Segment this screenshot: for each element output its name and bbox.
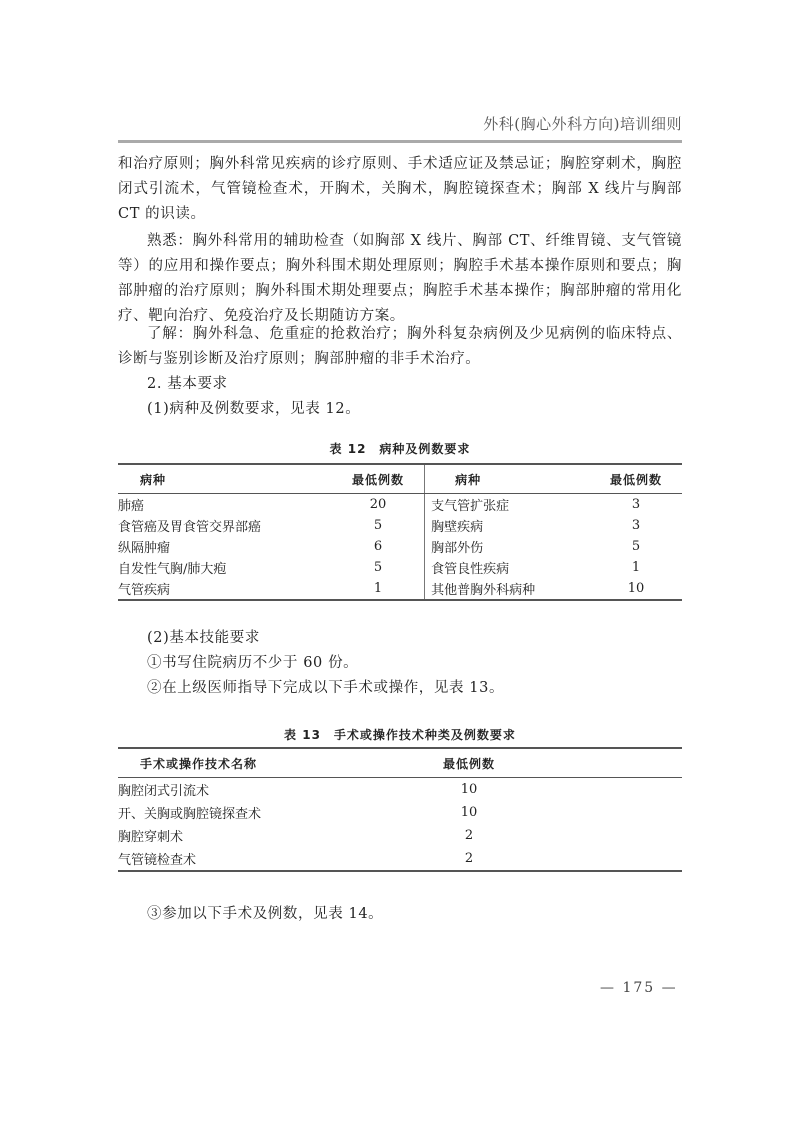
paragraph-medical-records: ①书写住院病历不少于 60 份。 bbox=[118, 651, 682, 676]
page-number: — 175 — bbox=[600, 980, 678, 996]
disease-name: 食管癌及胃食管交界部癌 bbox=[118, 515, 332, 536]
minimum-count: 3 bbox=[590, 515, 682, 536]
minimum-count: 10 bbox=[408, 778, 530, 802]
table12-caption: 表 12 病种及例数要求 bbox=[118, 440, 682, 457]
minimum-count: 1 bbox=[590, 557, 682, 578]
paragraph-disease-requirements: (1)病种及例数要求，见表 12。 bbox=[118, 397, 682, 422]
minimum-count: 5 bbox=[332, 515, 425, 536]
operation-name: 胸腔闭式引流术 bbox=[118, 778, 408, 802]
section-heading-basic-requirements: 2. 基本要求 bbox=[118, 372, 682, 397]
table12-disease-requirements: 病种 最低例数 病种 最低例数 肺癌 20 支气管扩张症 3 食管癌及胃食管交界… bbox=[118, 463, 682, 601]
column-header: 手术或操作技术名称 bbox=[118, 748, 408, 778]
table-row: 食管癌及胃食管交界部癌 5 胸壁疾病 3 bbox=[118, 515, 682, 536]
table-header-row: 手术或操作技术名称 最低例数 bbox=[118, 748, 682, 778]
minimum-count: 2 bbox=[408, 824, 530, 847]
column-header: 最低例数 bbox=[590, 464, 682, 494]
operation-name: 胸腔穿刺术 bbox=[118, 824, 408, 847]
column-header: 最低例数 bbox=[408, 748, 530, 778]
table-row: 胸腔穿刺术 2 bbox=[118, 824, 682, 847]
table-row: 肺癌 20 支气管扩张症 3 bbox=[118, 494, 682, 516]
table-row: 自发性气胸/肺大疱 5 食管良性疾病 1 bbox=[118, 557, 682, 578]
disease-name: 纵隔肿瘤 bbox=[118, 536, 332, 557]
disease-name: 肺癌 bbox=[118, 494, 332, 516]
paragraph-familiar: 熟悉：胸外科常用的辅助检查（如胸部 X 线片、胸部 CT、纤维胃镜、支气管镜等）… bbox=[118, 229, 682, 329]
minimum-count: 10 bbox=[408, 801, 530, 824]
spacer-column bbox=[530, 748, 682, 778]
paragraph-understand: 了解：胸外科急、危重症的抢救治疗；胸外科复杂病例及少见病例的临床特点、诊断与鉴别… bbox=[118, 322, 682, 372]
operation-name: 开、关胸或胸腔镜探查术 bbox=[118, 801, 408, 824]
header-rule bbox=[118, 140, 682, 143]
disease-name: 胸壁疾病 bbox=[425, 515, 590, 536]
disease-name: 食管良性疾病 bbox=[425, 557, 590, 578]
disease-name: 气管疾病 bbox=[118, 578, 332, 600]
disease-name: 其他普胸外科病种 bbox=[425, 578, 590, 600]
minimum-count: 3 bbox=[590, 494, 682, 516]
paragraph-supervised-operations: ②在上级医师指导下完成以下手术或操作，见表 13。 bbox=[118, 676, 682, 701]
table-header-row: 病种 最低例数 病种 最低例数 bbox=[118, 464, 682, 494]
minimum-count: 5 bbox=[332, 557, 425, 578]
table-row: 气管镜检查术 2 bbox=[118, 847, 682, 871]
minimum-count: 6 bbox=[332, 536, 425, 557]
minimum-count: 10 bbox=[590, 578, 682, 600]
minimum-count: 20 bbox=[332, 494, 425, 516]
table-row: 纵隔肿瘤 6 胸部外伤 5 bbox=[118, 536, 682, 557]
minimum-count: 2 bbox=[408, 847, 530, 871]
paragraph-participate-operations: ③参加以下手术及例数，见表 14。 bbox=[118, 902, 682, 927]
table13-caption: 表 13 手术或操作技术种类及例数要求 bbox=[118, 726, 682, 743]
column-header: 病种 bbox=[425, 464, 590, 494]
running-header-title: 外科(胸心外科方向)培训细则 bbox=[483, 113, 682, 134]
table-row: 胸腔闭式引流术 10 bbox=[118, 778, 682, 802]
operation-name: 气管镜检查术 bbox=[118, 847, 408, 871]
minimum-count: 5 bbox=[590, 536, 682, 557]
paragraph-principles: 和治疗原则；胸外科常见疾病的诊疗原则、手术适应证及禁忌证；胸腔穿刺术，胸腔闭式引… bbox=[118, 152, 682, 227]
column-header: 最低例数 bbox=[332, 464, 425, 494]
minimum-count: 1 bbox=[332, 578, 425, 600]
column-header: 病种 bbox=[118, 464, 332, 494]
table13-operation-requirements: 手术或操作技术名称 最低例数 胸腔闭式引流术 10 开、关胸或胸腔镜探查术 10… bbox=[118, 747, 682, 872]
disease-name: 支气管扩张症 bbox=[425, 494, 590, 516]
paragraph-basic-skills: (2)基本技能要求 bbox=[118, 626, 682, 651]
disease-name: 自发性气胸/肺大疱 bbox=[118, 557, 332, 578]
disease-name: 胸部外伤 bbox=[425, 536, 590, 557]
table-row: 开、关胸或胸腔镜探查术 10 bbox=[118, 801, 682, 824]
table-row: 气管疾病 1 其他普胸外科病种 10 bbox=[118, 578, 682, 600]
